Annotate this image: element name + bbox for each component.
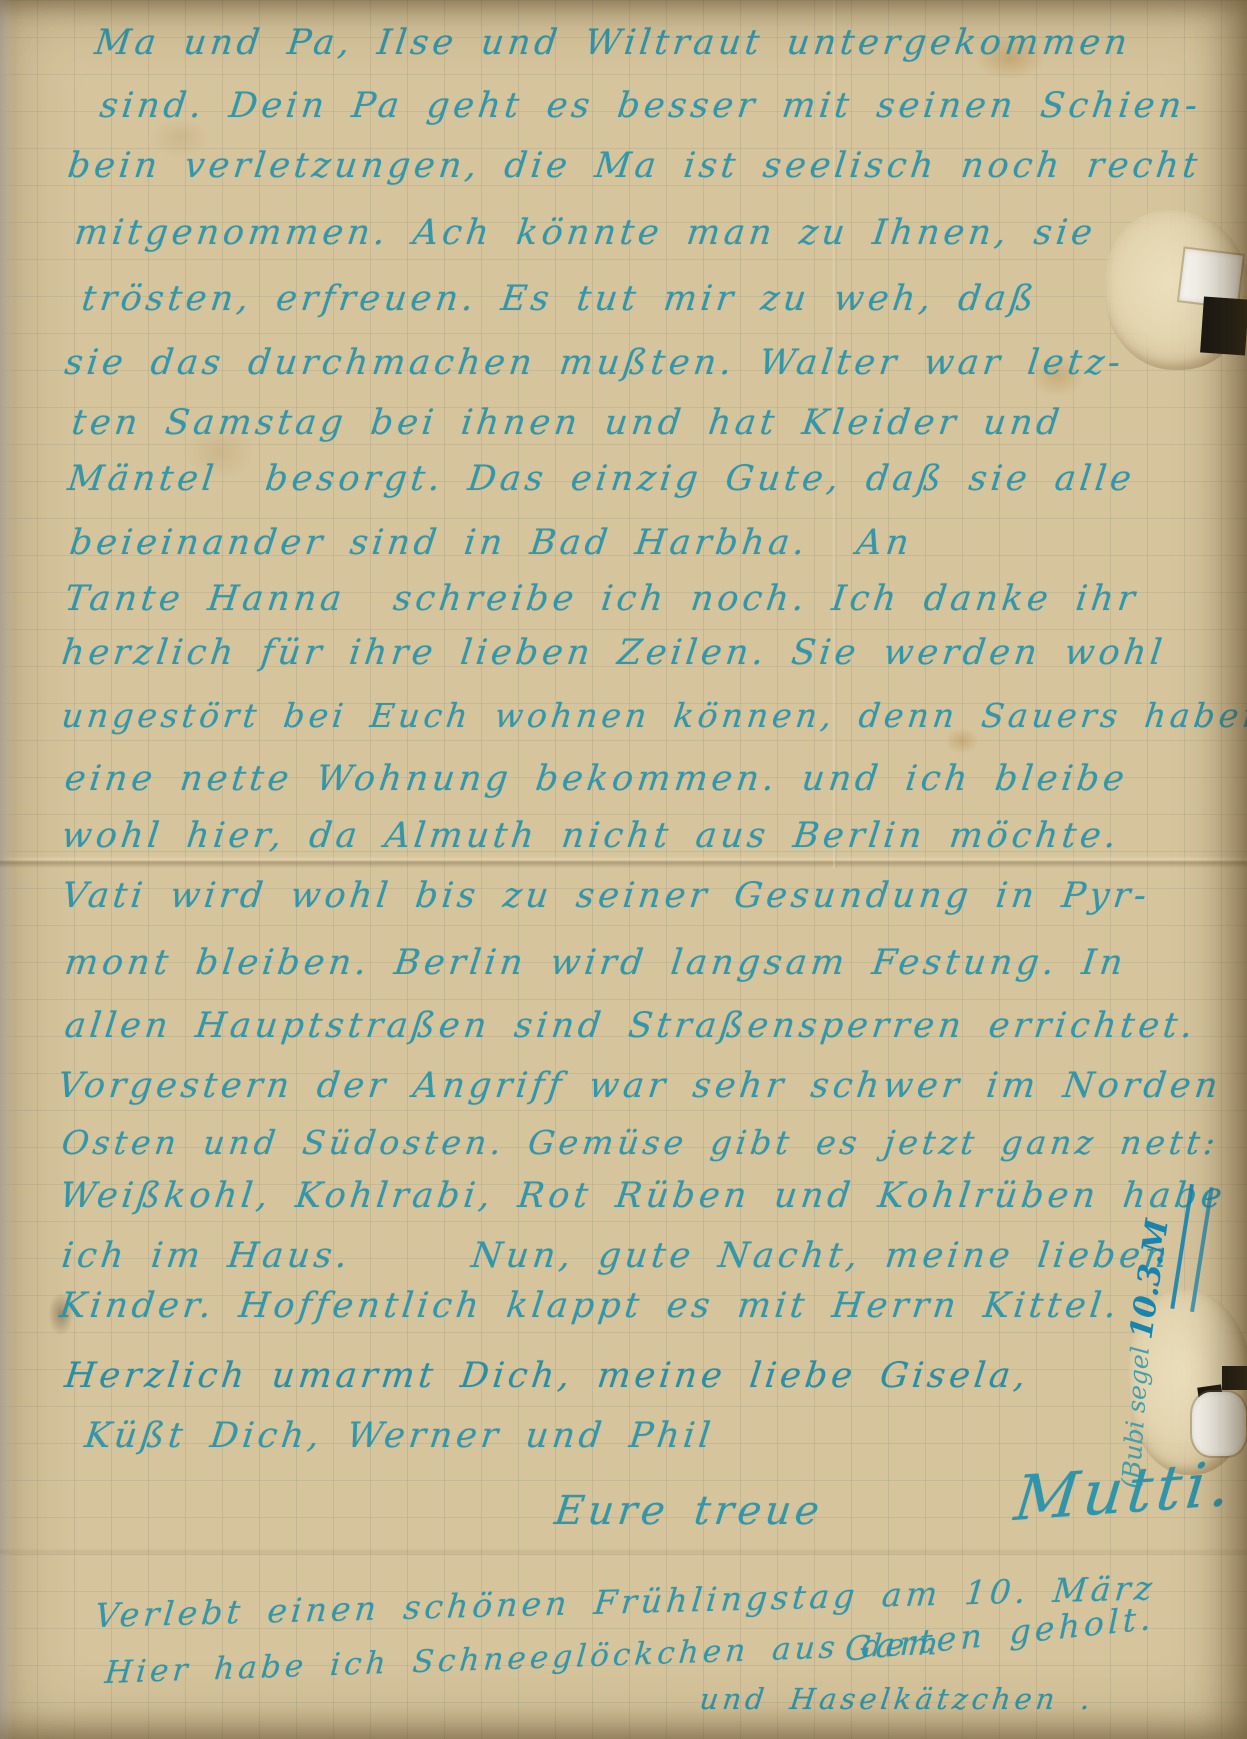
scan-vignette — [0, 0, 1247, 1739]
scanned-letter-page: Ma und Pa, Ilse und Wiltraut untergekomm… — [0, 0, 1247, 1739]
